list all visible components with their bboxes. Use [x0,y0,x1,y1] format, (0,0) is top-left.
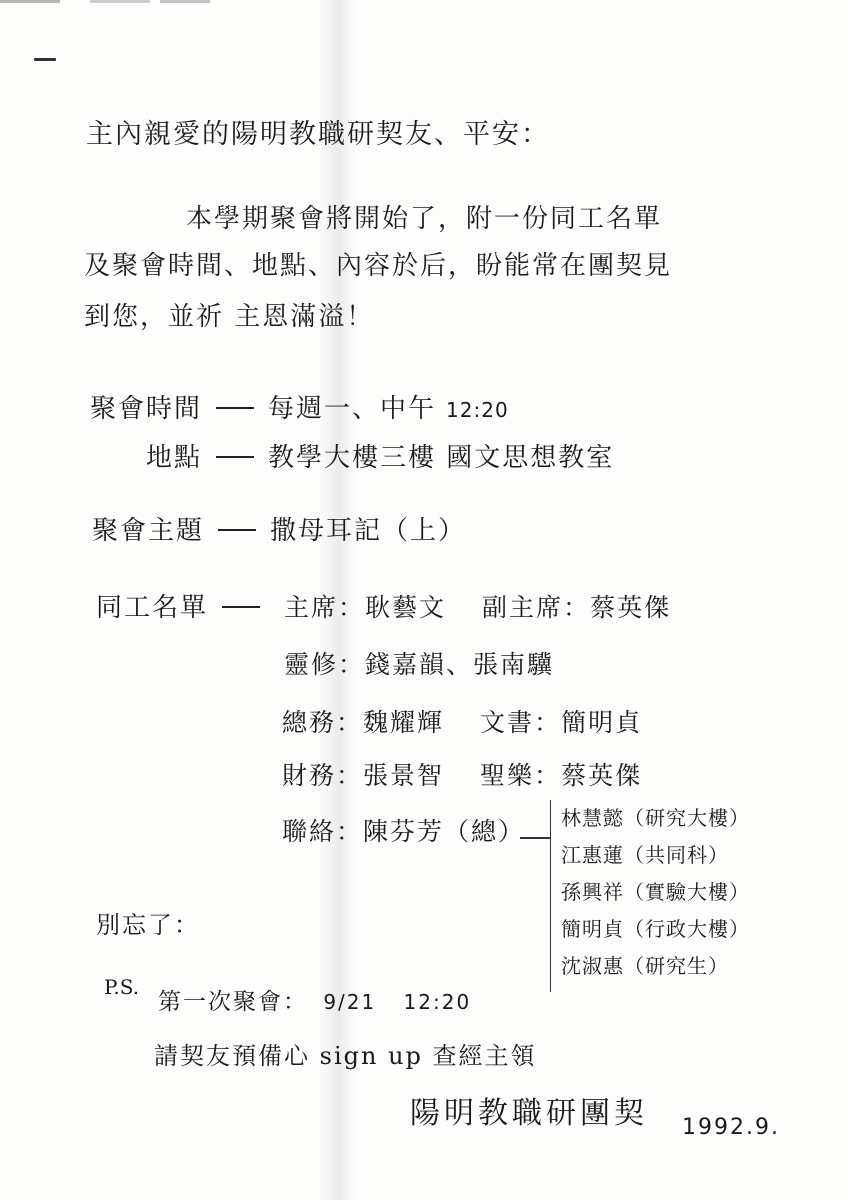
staff-row-5: 聯絡：陳芬芳（總） [282,812,525,848]
first-meeting-label: 第一次聚會： [158,989,308,1015]
meeting-place-label: 地點 [146,437,202,474]
staff-row-2: 靈修：錢嘉韻、張南驥 [284,645,554,681]
role-liaison: 聯絡 [282,817,336,846]
scan-top-edge [0,0,848,3]
contact-item: 簡明貞（行政大樓） [551,911,751,948]
staff-label-row: 同工名單 [96,587,274,624]
name-devotion: 錢嘉韻、張南驥 [365,650,554,679]
meeting-topic-row: 聚會主題 撒母耳記（上） [92,510,466,547]
contact-item: 林慧懿（研究大樓） [551,800,751,837]
meeting-topic-label: 聚會主題 [92,510,204,547]
intro-line-3: 到您，並祈 主恩滿溢！ [84,296,374,333]
first-meeting-line: 第一次聚會： 9/21 12:20 [158,983,471,1016]
staff-label: 同工名單 [96,587,208,624]
ps-label: P.S. [104,975,139,999]
staff-row-1: 主席：耿藝文副主席：蔡英傑 [284,588,671,624]
greeting: 主內親愛的陽明教職研契友、平安： [86,112,550,151]
role-secretary: 文書 [480,708,534,737]
reminder-heading: 別忘了： [96,905,200,940]
role-treasurer: 財務 [282,761,336,790]
liaison-contacts-list: 林慧懿（研究大樓） 江惠蓮（共同科） 孫興祥（實驗大樓） 簡明貞（行政大樓） 沈… [550,800,751,992]
meeting-time-value: 每週一、中午 [268,388,436,425]
contact-item: 沈淑惠（研究生） [551,948,751,985]
intro-line-1: 本學期聚會將開始了，附一份同工名單 [186,198,662,235]
name-liaison: 陳芬芳（總） [363,817,525,846]
meeting-topic-value: 撒母耳記（上） [270,510,466,547]
name-vice-chair: 蔡英傑 [590,593,671,622]
corner-dash-mark [34,58,56,61]
name-treasurer: 張景智 [363,761,444,790]
meeting-place-value: 教學大樓三樓 國文思想教室 [268,437,614,474]
meeting-time-row: 聚會時間 每週一、中午 12:20 [90,388,509,425]
bracket-connector [520,837,550,839]
signature-date: 1992.9. [682,1115,780,1140]
dash-separator [218,529,256,531]
meeting-place-row: 地點 教學大樓三樓 國文思想教室 [146,437,614,474]
role-vice-chair: 副主席 [482,593,563,622]
dash-separator [216,407,254,409]
dash-separator [216,456,254,458]
staff-row-3: 總務：魏耀輝文書：簡明貞 [282,703,642,739]
contact-item: 江惠蓮（共同科） [551,837,751,874]
signup-note: 請契友預備心 sign up 查經主領 [154,1036,537,1071]
first-meeting-date: 9/21 [323,990,376,1014]
meeting-time-clock: 12:20 [446,398,509,422]
dash-separator [222,606,260,608]
name-general-affairs: 魏耀輝 [363,708,444,737]
name-worship-music: 蔡英傑 [561,761,642,790]
first-meeting-time: 12:20 [404,990,472,1014]
intro-line-2: 及聚會時間、地點、內容於后，盼能常在團契見 [84,245,672,282]
role-worship-music: 聖樂 [480,761,534,790]
name-chair: 耿藝文 [365,593,446,622]
staff-row-4: 財務：張景智聖樂：蔡英傑 [282,756,642,792]
role-devotion: 靈修 [284,650,338,679]
meeting-time-label: 聚會時間 [90,388,202,425]
name-secretary: 簡明貞 [561,708,642,737]
role-general-affairs: 總務 [282,708,336,737]
signature-org: 陽明教職研團契 [410,1088,648,1132]
contact-item: 孫興祥（實驗大樓） [551,874,751,911]
role-chair: 主席 [284,593,338,622]
